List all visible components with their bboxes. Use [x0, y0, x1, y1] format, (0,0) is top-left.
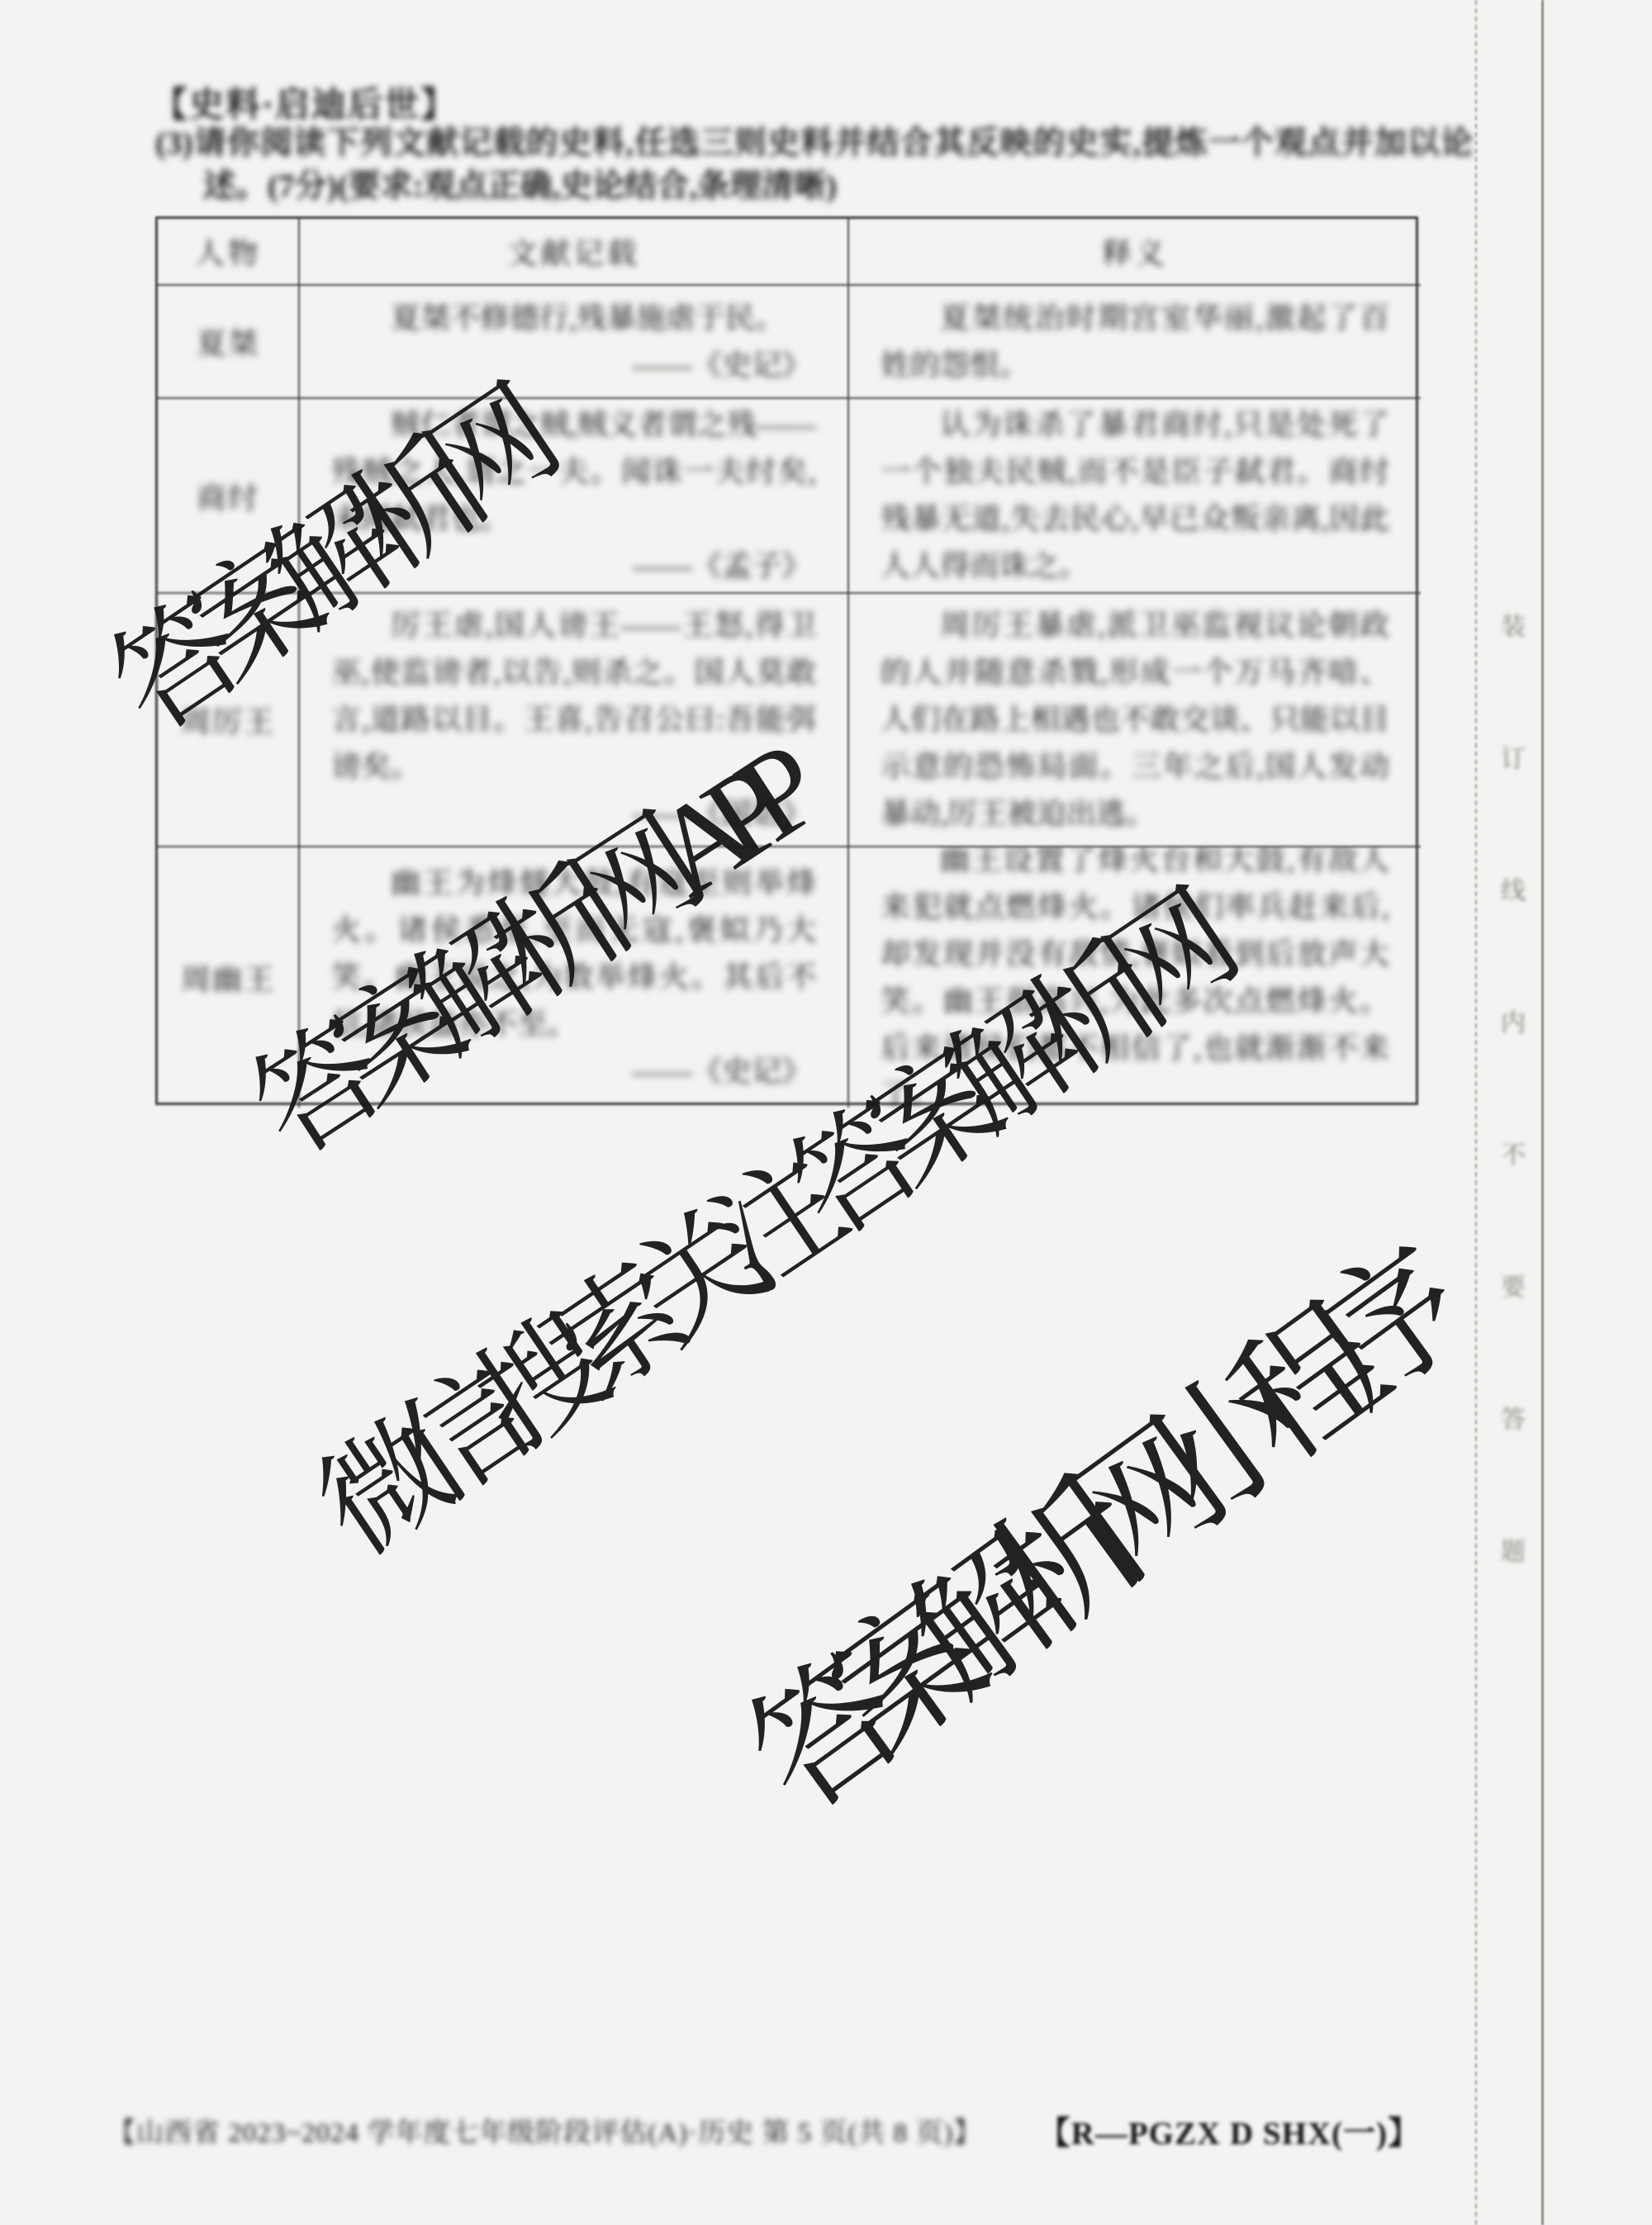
record-source: ——《史记》: [331, 1048, 816, 1095]
binding-fold-line: [1475, 0, 1477, 2225]
footer-exam-title: 【山西省 2023~2024 学年度七年级阶段评估(A)·历史 第 5 页(共 …: [108, 2111, 981, 2150]
table-row-person: 夏桀: [158, 286, 300, 399]
scanned-exam-page: 【史料·启迪后世】 (3)请你阅读下列文献记载的史料,任选三则史料并结合其反映的…: [0, 0, 1652, 2225]
table-row-interpretation: 幽王设置了烽火台和大鼓,有敌人来犯就点燃烽火。诸侯们率兵赶来后,却发现并没有敌情…: [849, 847, 1421, 1108]
record-text: 夏桀不修德行,残暴施虐于民。: [331, 295, 816, 342]
table-row-record: 幽王为烽燧大鼓,有寇至则举烽火。诸侯悉至,至而无寇,褒姒乃大笑。幽王说之,为数举…: [300, 847, 849, 1108]
table-row-person: 周厉王: [158, 594, 300, 847]
interpretation-text: 幽王设置了烽火台和大鼓,有敌人来犯就点燃烽火。诸侯们率兵赶来后,却发现并没有敌情…: [881, 847, 1389, 1108]
record-source: ——《孟子》: [331, 543, 816, 590]
section-heading: 【史料·启迪后世】: [153, 78, 457, 127]
table-row-person: 周幽王: [158, 847, 300, 1108]
page-edge-line: [1541, 0, 1544, 2225]
record-text: 贼仁者谓之贼,贼义者谓之残——残贼之人,谓之一夫。闻诛一夫纣矣,未闻弑君也。: [331, 401, 816, 543]
table-row-record: 贼仁者谓之贼,贼义者谓之残——残贼之人,谓之一夫。闻诛一夫纣矣,未闻弑君也。 —…: [300, 399, 849, 594]
binding-strip-text: 装订线内不要答题: [1492, 613, 1528, 1670]
table-header-label: 人物: [195, 230, 261, 273]
table-header-label: 释义: [1102, 230, 1168, 273]
table-row-record: 夏桀不修德行,残暴施虐于民。 ——《史记》: [300, 286, 849, 399]
record-source: ——《史记》: [331, 342, 816, 389]
interpretation-text: 认为诛杀了暴君商纣,只是处死了一个独夫民贼,而不是臣子弑君。商纣残暴无道,失去民…: [881, 401, 1389, 590]
table-header-label: 文献记载: [507, 230, 639, 273]
interpretation-text: 周厉王暴虐,派卫巫监视议论朝政的人并随意杀戮,形成一个万马齐喑、人们在路上相遇也…: [881, 602, 1389, 837]
person-name: 商纣: [197, 475, 259, 517]
table-header-interpretation: 释义: [849, 219, 1421, 286]
interpretation-text: 夏桀统治时期宫室华丽,激起了百姓的怨恨。: [881, 295, 1389, 389]
table-row-interpretation: 周厉王暴虐,派卫巫监视议论朝政的人并随意杀戮,形成一个万马齐喑、人们在路上相遇也…: [849, 594, 1421, 847]
source-table: 人物 文献记载 释义 夏桀 夏桀不修德行,残暴施虐于民。 ——《史记》 夏桀统治…: [155, 216, 1418, 1105]
record-text: 幽王为烽燧大鼓,有寇至则举烽火。诸侯悉至,至而无寇,褒姒乃大笑。幽王说之,为数举…: [331, 860, 816, 1048]
person-name: 周幽王: [181, 956, 275, 999]
watermark-mini-program: 答案解析网小程序: [726, 1248, 1457, 1838]
question-text: (3)请你阅读下列文献记载的史料,任选三则史料并结合其反映的史实,提炼一个观点并…: [155, 122, 1473, 208]
table-header-record: 文献记载: [300, 219, 849, 286]
record-text: 厉王虐,国人谤王——王怒,得卫巫,使监谤者,以告,则杀之。国人莫敢言,道路以目。…: [331, 602, 816, 790]
person-name: 周厉王: [181, 699, 275, 741]
footer-paper-code: 【R—PGZX D SHX(一)】: [1038, 2108, 1421, 2154]
table-row-interpretation: 认为诛杀了暴君商纣,只是处死了一个独夫民贼,而不是臣子弑君。商纣残暴无道,失去民…: [849, 399, 1421, 594]
record-source: ——《国语》: [331, 790, 816, 837]
table-header-person: 人物: [158, 219, 300, 286]
person-name: 夏桀: [197, 320, 259, 363]
table-row-interpretation: 夏桀统治时期宫室华丽,激起了百姓的怨恨。: [849, 286, 1421, 399]
table-row-person: 商纣: [158, 399, 300, 594]
table-row-record: 厉王虐,国人谤王——王怒,得卫巫,使监谤者,以告,则杀之。国人莫敢言,道路以目。…: [300, 594, 849, 847]
